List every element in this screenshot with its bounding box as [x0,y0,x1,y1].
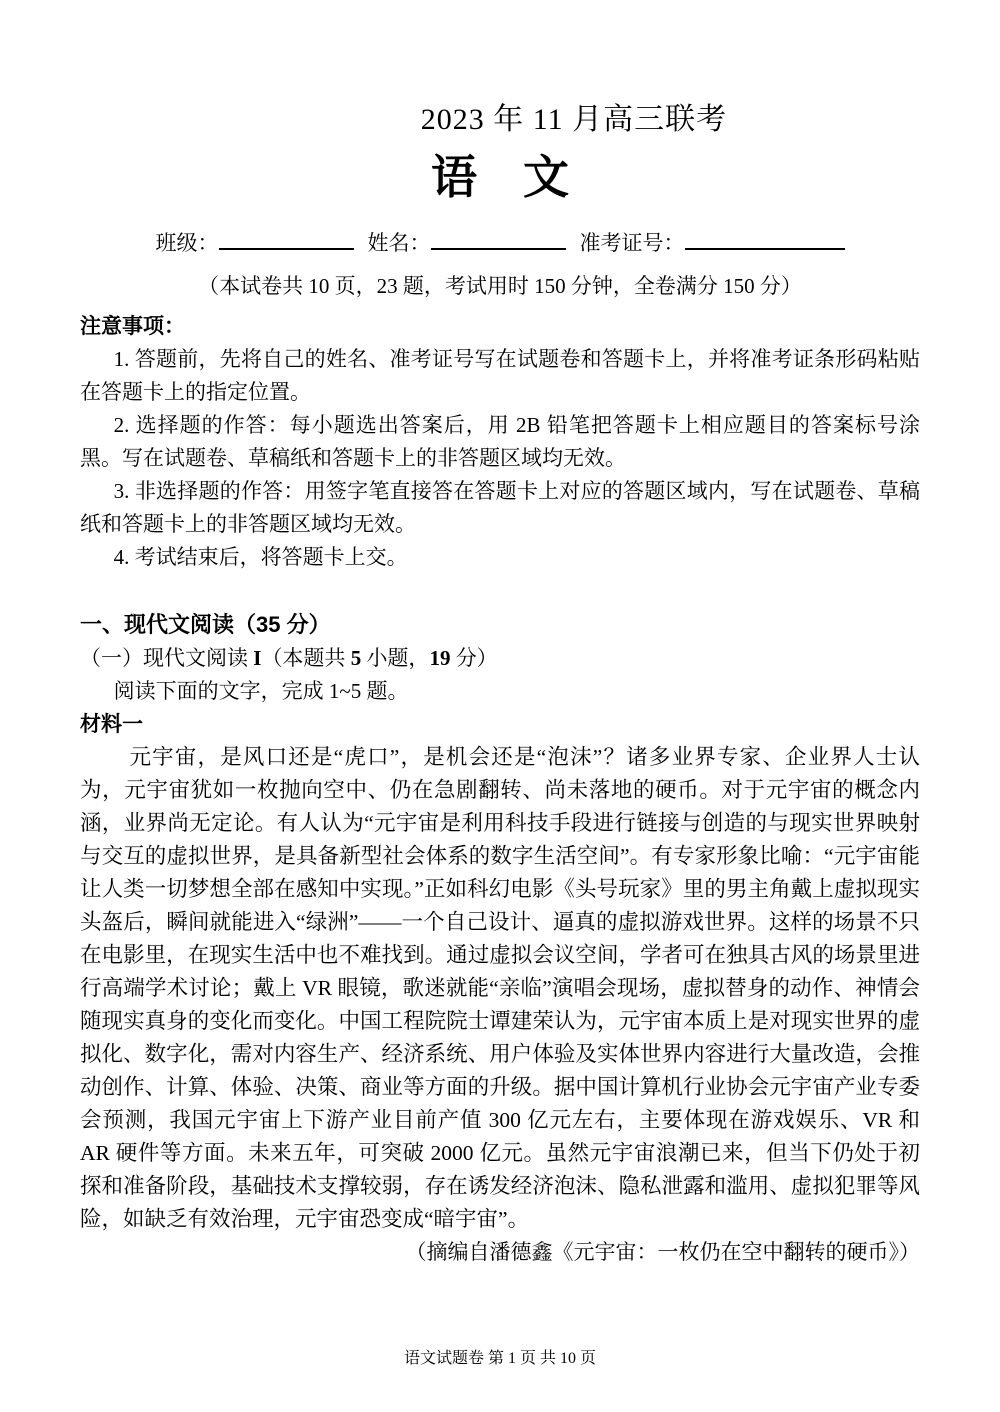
source-attribution: （摘编自潘德鑫《元宇宙：一枚仍在空中翻转的硬币》） [80,1236,920,1269]
admission-number-label: 准考证号： [580,231,685,255]
subsection-heading: （一）现代文阅读 I（本题共 5 小题，19 分） [80,642,920,675]
class-label: 班级： [156,231,219,255]
subsection-part: 分） [450,646,497,670]
section-one-heading: 一、现代文阅读（35 分） [80,608,920,642]
material-one-label: 材料一 [80,708,920,741]
reading-instruction: 阅读下面的文字，完成 1~5 题。 [80,675,920,708]
subsection-part: 5 [351,646,362,670]
paper-info: （本试卷共 10 页，23 题，考试用时 150 分钟，全卷满分 150 分） [80,271,920,301]
notice-item-4: 4. 考试结束后，将答题卡上交。 [80,541,920,574]
subsection-part: （本题共 [261,646,350,670]
admission-number-blank [685,228,845,250]
exam-paper-page: 2023 年 11 月高三联考 语 文 班级：姓名：准考证号： （本试卷共 10… [0,0,1000,1412]
student-info-line: 班级：姓名：准考证号： [80,228,920,258]
subject-title: 语 文 [80,152,920,202]
name-label: 姓名： [368,231,431,255]
subsection-part: （一）现代文阅读 [80,646,253,670]
class-blank [219,228,354,250]
notice-item-2: 2. 选择题的作答：每小题选出答案后，用 2B 铅笔把答题卡上相应题目的答案标号… [80,409,920,475]
material-one-text: 元宇宙，是风口还是“虎口”，是机会还是“泡沫”？诸多业界专家、企业界人士认为，元… [80,741,920,1236]
notice-item-1: 1. 答题前，先将自己的姓名、准考证号写在试题卷和答题卡上，并将准考证条形码粘贴… [80,343,920,409]
name-blank [431,228,566,250]
page-footer: 语文试题卷 第 1 页 共 10 页 [0,1348,1000,1370]
subsection-part: 小题， [361,646,429,670]
notice-item-3: 3. 非选择题的作答：用签字笔直接答在答题卡上对应的答题区域内，写在试题卷、草稿… [80,475,920,541]
notice-heading: 注意事项： [80,310,920,343]
subsection-part: 19 [429,646,450,670]
exam-title: 2023 年 11 月高三联考 [154,0,994,138]
